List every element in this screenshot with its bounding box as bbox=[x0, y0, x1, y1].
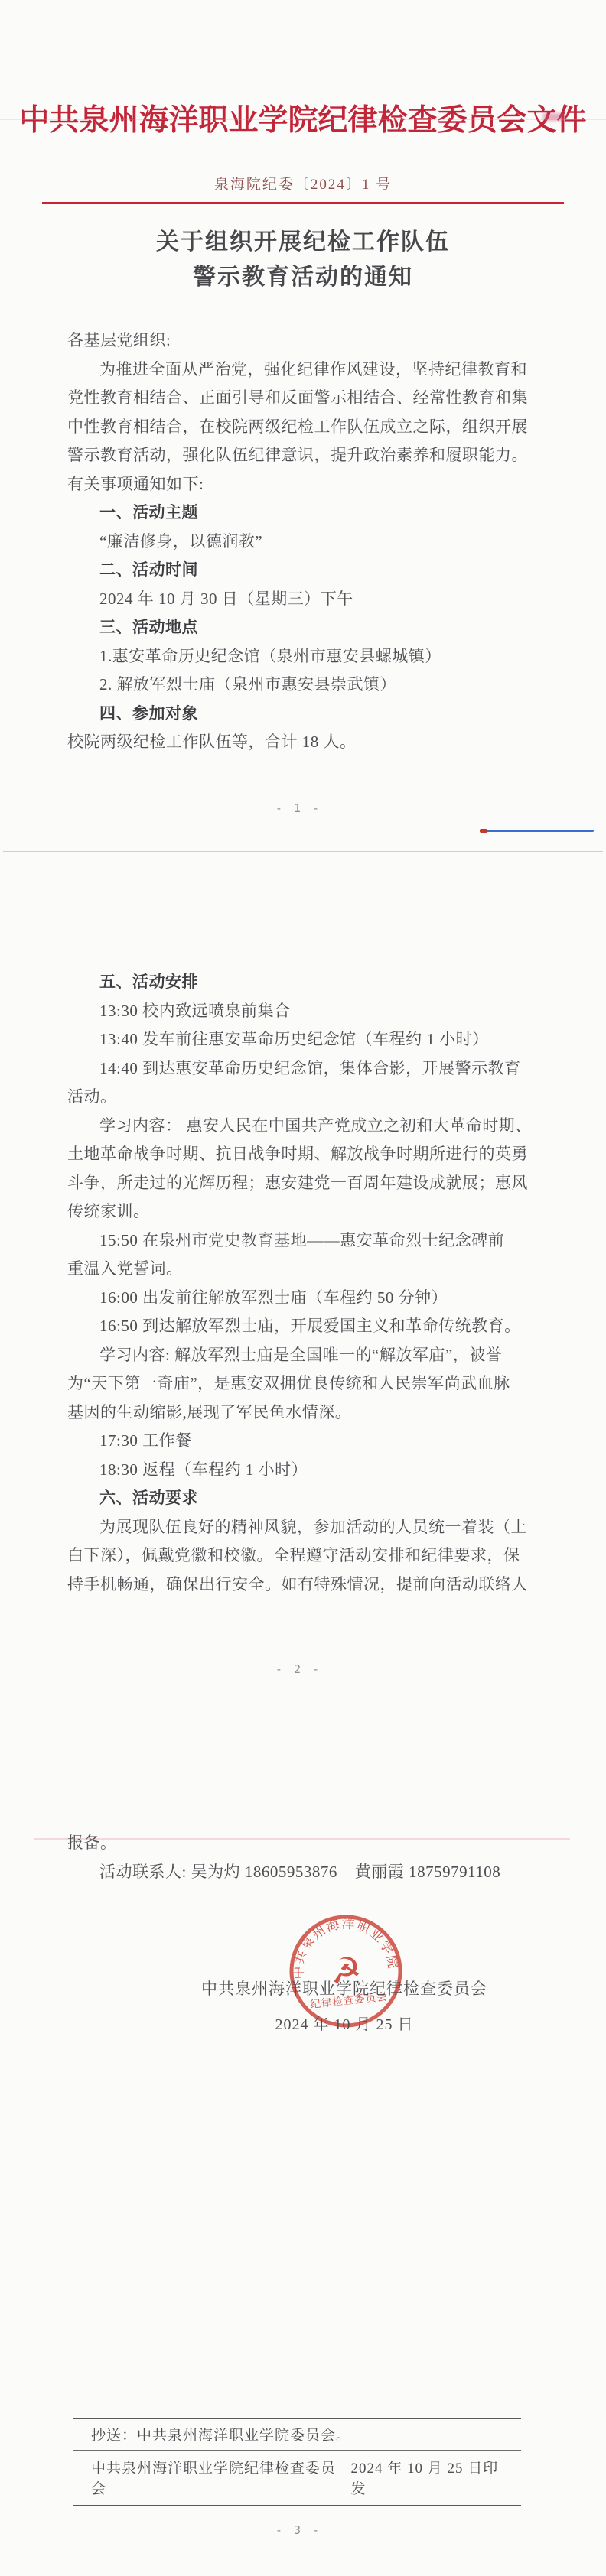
scan-artifact-blue-line-tip bbox=[480, 829, 487, 833]
body-text-line: 17:30 工作餐 bbox=[67, 1427, 563, 1456]
body-text-line: “廉洁修身，以德润教” bbox=[67, 528, 563, 557]
body-text-line: 2. 解放军烈士庙（泉州市惠安县崇武镇） bbox=[67, 671, 563, 700]
doc-title-line-1: 关于组织开展纪检工作队伍 bbox=[0, 225, 606, 260]
scan-artifact-pink-line bbox=[0, 119, 606, 120]
body-text-line: 五、活动安排 bbox=[67, 968, 563, 997]
body-text-line: 中性教育相结合，在校院两级纪检工作队伍成立之际，组织开展 bbox=[67, 413, 563, 442]
body-text-line: 一、活动主题 bbox=[67, 499, 563, 528]
body-text-line: 二、活动时间 bbox=[67, 556, 563, 585]
document-colophon: 抄送：中共泉州海洋职业学院委员会。 中共泉州海洋职业学院纪律检查委员会 2024… bbox=[73, 2418, 521, 2506]
body-text-page-3: 报备。活动联系人: 吴为灼 18605953876 黄丽霞 1875979110… bbox=[67, 1829, 563, 1886]
page-number-3: - 3 - bbox=[0, 2523, 597, 2537]
body-text-line: 四、参加对象 bbox=[67, 700, 563, 729]
body-text-line: 学习内容： 惠安人民在中国共产党成立之初和大革命时期、 bbox=[67, 1112, 563, 1141]
body-text-line: 13:40 发车前往惠安革命历史纪念馆（车程约 1 小时） bbox=[67, 1025, 563, 1054]
body-text-line: 13:30 校内致远喷泉前集合 bbox=[67, 997, 563, 1026]
page-separator-line bbox=[3, 851, 603, 852]
issuer-row: 中共泉州海洋职业学院纪律检查委员会 2024 年 10 月 25 日印发 bbox=[73, 2451, 521, 2505]
body-text-line: 斗争，所走过的光辉历程；惠安建党一百周年建设成就展；惠风 bbox=[67, 1169, 563, 1198]
signature-date: 2024 年 10 月 25 日 bbox=[195, 2012, 494, 2034]
doc-number: 泉海院纪委〔2024〕1 号 bbox=[0, 173, 606, 193]
body-text-line: 学习内容: 解放军烈士庙是全国唯一的“解放军庙”，被誉 bbox=[67, 1341, 563, 1370]
body-text-line: 16:50 到达解放军烈士庙，开展爱国主义和革命传统教育。 bbox=[67, 1312, 563, 1341]
body-text-line: 1.惠安革命历史纪念馆（泉州市惠安县螺城镇） bbox=[67, 642, 563, 671]
body-text-line: 警示教育活动，强化队伍纪律意识，提升政治素养和履职能力。 bbox=[67, 441, 563, 470]
print-date: 2024 年 10 月 25 日印发 bbox=[351, 2457, 513, 2498]
cc-line: 抄送：中共泉州海洋职业学院委员会。 bbox=[73, 2419, 521, 2450]
body-text-line: 15:50 在泉州市党史教育基地——惠安革命烈士纪念碑前 bbox=[67, 1226, 563, 1256]
body-text-line: 为展现队伍良好的精神风貌，参加活动的人员统一着装（上 bbox=[67, 1513, 563, 1542]
body-text-line: 2024 年 10 月 30 日（星期三）下午 bbox=[67, 585, 563, 614]
issuer-name: 中共泉州海洋职业学院纪律检查委员会 bbox=[91, 2457, 351, 2498]
body-text-line: 有关事项通知如下: bbox=[67, 470, 563, 499]
page-number-1: - 1 - bbox=[0, 801, 597, 815]
scan-artifact-pink-smudge bbox=[543, 113, 565, 121]
body-text-line: 六、活动要求 bbox=[67, 1484, 563, 1513]
body-text-line: 基因的生动缩影,展现了军民鱼水情深。 bbox=[67, 1398, 563, 1428]
doc-title-line-2: 警示教育活动的通知 bbox=[0, 260, 606, 295]
signature-org: 中共泉州海洋职业学院纪律检查委员会 bbox=[195, 1977, 494, 1999]
body-text-line: 校院两级纪检工作队伍等，合计 18 人。 bbox=[67, 728, 563, 757]
body-text-line: 为“天下第一奇庙”，是惠安双拥优良传统和人民崇军尚武血脉 bbox=[67, 1369, 563, 1398]
signature-block: 中共泉州海洋职业学院纪律检查委员会 2024 年 10 月 25 日 bbox=[195, 1977, 494, 2034]
body-text-line: 白下深），佩戴党徽和校徽。全程遵守活动安排和纪律要求，保 bbox=[67, 1541, 563, 1571]
red-divider-rule bbox=[42, 202, 564, 204]
colophon-rule-bottom bbox=[73, 2505, 521, 2506]
body-text-line: 持手机畅通，确保出行安全。如有特殊情况，提前向活动联络人 bbox=[67, 1571, 563, 1600]
body-text-line: 14:40 到达惠安革命历史纪念馆，集体合影，开展警示教育 bbox=[67, 1054, 563, 1083]
body-text-line: 传统家训。 bbox=[67, 1197, 563, 1226]
body-text-line: 重温入党誓词。 bbox=[67, 1255, 563, 1284]
body-text-page-1: 各基层党组织:为推进全面从严治党，强化纪律作风建设，坚持纪律教育和党性教育相结合… bbox=[67, 326, 563, 757]
body-text-line: 活动联系人: 吴为灼 18605953876 黄丽霞 18759791108 bbox=[67, 1858, 563, 1887]
page-number-2: - 2 - bbox=[0, 1662, 597, 1676]
body-text-line: 16:00 出发前往解放军烈士庙（车程约 50 分钟） bbox=[67, 1284, 563, 1313]
body-text-line: 党性教育相结合、正面引导和反面警示相结合、经常性教育和集 bbox=[67, 384, 563, 413]
body-text-page-2: 五、活动安排13:30 校内致远喷泉前集合13:40 发车前往惠安革命历史纪念馆… bbox=[67, 968, 563, 1599]
body-text-line: 土地革命战争时期、抗日战争时期、解放战争时期所进行的英勇 bbox=[67, 1140, 563, 1169]
body-text-line: 18:30 返程（车程约 1 小时） bbox=[67, 1456, 563, 1485]
body-text-line: 为推进全面从严治党，强化纪律作风建设，坚持纪律教育和 bbox=[67, 356, 563, 385]
red-header-title: 中共泉州海洋职业学院纪律检查委员会文件 bbox=[0, 96, 606, 139]
body-text-line: 活动。 bbox=[67, 1083, 563, 1112]
scan-artifact-blue-line bbox=[485, 830, 594, 832]
body-text-line: 各基层党组织: bbox=[67, 326, 563, 356]
body-text-line: 三、活动地点 bbox=[67, 613, 563, 642]
body-text-line: 报备。 bbox=[67, 1829, 563, 1858]
doc-title: 关于组织开展纪检工作队伍 警示教育活动的通知 bbox=[0, 225, 606, 295]
